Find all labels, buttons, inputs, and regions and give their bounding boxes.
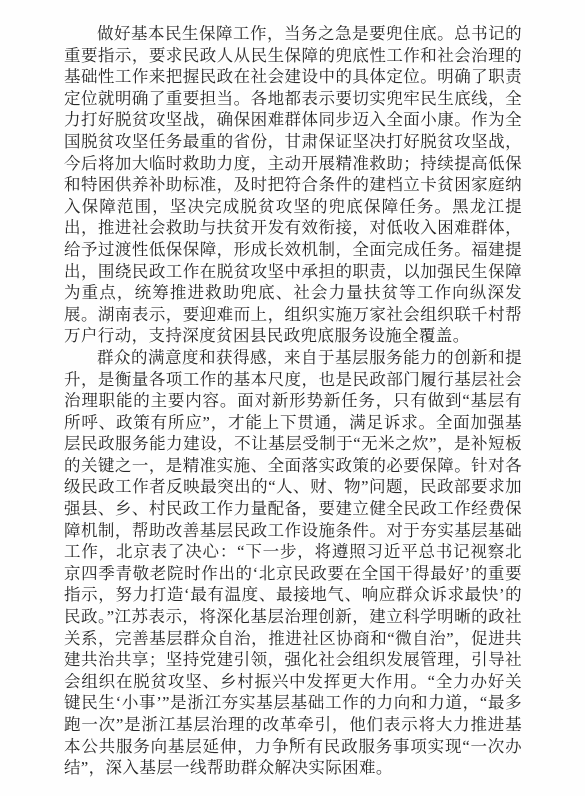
document-body: 做好基本民生保障工作，当务之急是要兜住底。总书记的重要指示，要求民政人从民生保障…: [64, 23, 522, 779]
page-number: 6: [0, 734, 585, 749]
paragraph-basic-livelihood: 做好基本民生保障工作，当务之急是要兜住底。总书记的重要指示，要求民政人从民生保障…: [64, 23, 522, 347]
document-page: 做好基本民生保障工作，当务之急是要兜住底。总书记的重要指示，要求民政人从民生保障…: [0, 0, 585, 796]
paragraph-grassroots-service: 群众的满意度和获得感，来自于基层服务能力的创新和提升，是衡量各项工作的基本尺度，…: [64, 347, 522, 779]
